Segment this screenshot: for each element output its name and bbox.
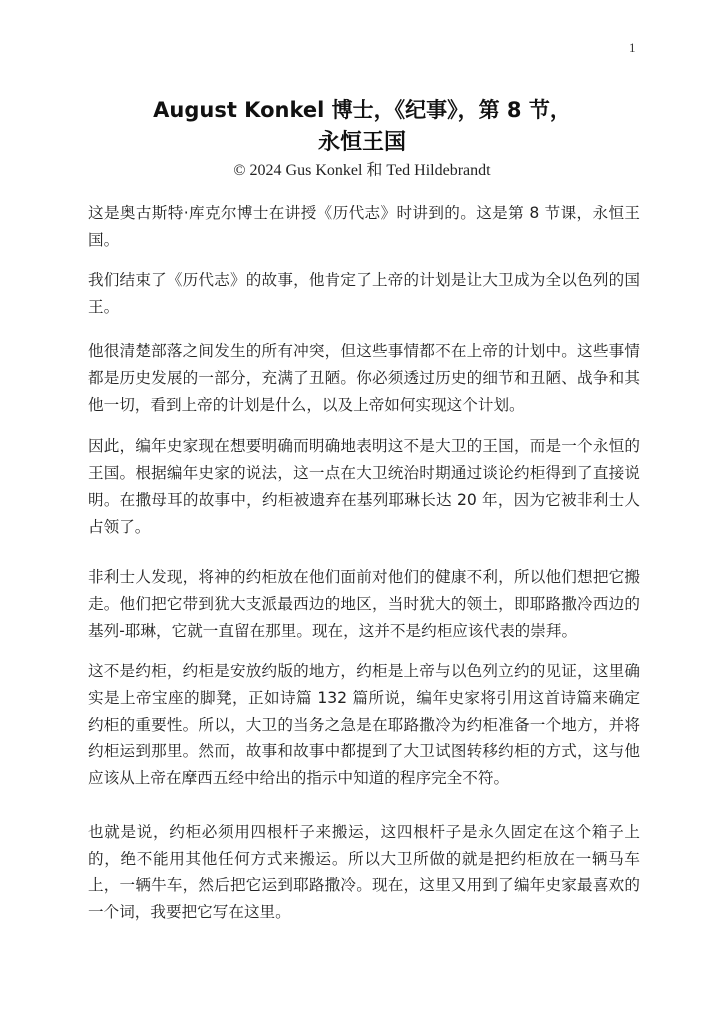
body-paragraph-6: 这不是约柜，约柜是安放约版的地方，约柜是上帝与以色列立约的见证，这里确实是上帝宝… xyxy=(88,658,640,792)
page-number: 1 xyxy=(629,40,636,56)
body-paragraph-1: 这是奥古斯特·库克尔博士在讲授《历代志》时讲到的。这是第 8 节课，永恒王国。 xyxy=(88,200,640,254)
body-paragraph-5: 非利士人发现，将神的约柜放在他们面前对他们的健康不利，所以他们想把它搬走。他们把… xyxy=(88,564,640,645)
body-paragraph-3: 他很清楚部落之间发生的所有冲突，但这些事情都不在上帝的计划中。这些事情都是历史发… xyxy=(88,338,640,419)
copyright-notice: © 2024 Gus Konkel 和 Ted Hildebrandt xyxy=(0,160,724,182)
body-paragraph-7: 也就是说，约柜必须用四根杆子来搬运，这四根杆子是永久固定在这个箱子上的，绝不能用… xyxy=(88,819,640,925)
document-title-line-2: 永恒王国 xyxy=(0,128,724,158)
body-paragraph-2: 我们结束了《历代志》的故事，他肯定了上帝的计划是让大卫成为全以色列的国王。 xyxy=(88,267,640,321)
document-title-line-1: August Konkel 博士，《纪事》，第 8 节， xyxy=(0,95,724,125)
body-paragraph-4: 因此，编年史家现在想要明确而明确地表明这不是大卫的王国，而是一个永恒的王国。根据… xyxy=(88,433,640,541)
